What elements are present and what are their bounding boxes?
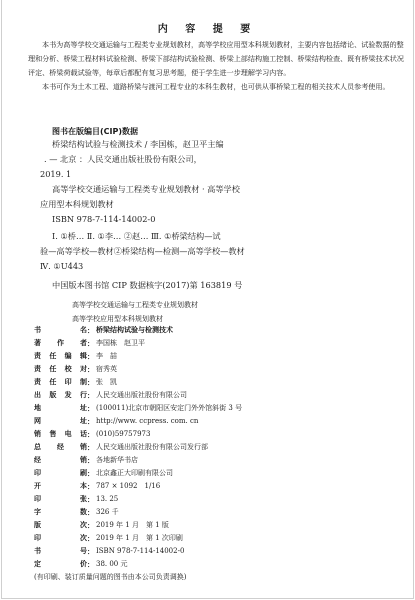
label-char: 销 [80,454,87,467]
colophon-label: 著作者 [34,337,87,350]
label-colon: ： [87,389,94,402]
colophon-label: 字数 [34,506,87,519]
cip-line: Ⅳ. ①U443 [40,259,83,275]
colophon-value: 787 × 1092 1/16 [96,480,160,493]
label-colon: ： [87,532,94,545]
colophon-label: 出版发行 [34,389,87,402]
cip-line: Ⅰ. ①桥… Ⅱ. ①李… ②赵… Ⅲ. ①桥梁结构—试 [52,229,221,245]
colophon-row: 责任编辑：李 喆 [34,350,242,363]
label-char: 书 [34,324,41,337]
label-char: 任 [49,350,56,363]
label-char: 张 [80,493,87,506]
colophon-value: 38. 00 元 [96,558,128,571]
label-char: 话 [80,428,87,441]
label-char: 总 [34,441,41,454]
colophon-value: 北京鑫正大印刷有限公司 [96,467,173,480]
cip-heading: 图书在版编目(CIP)数据 [52,126,138,137]
colophon-value: 桥梁结构试验与检测技术 [96,324,173,337]
label-char: 校 [65,363,72,376]
label-char: 对 [80,363,87,376]
colophon-row: 定价：38. 00 元 [34,558,242,571]
label-colon: ： [87,493,94,506]
label-colon: ： [87,415,94,428]
label-char: 址 [80,402,87,415]
colophon-row: 责任校对：宿秀英 [34,363,242,376]
colophon-row: 销售电话：(010)59757973 [34,428,242,441]
colophon-value: 2019 年 1 月 第 1 次印刷 [96,532,183,545]
colophon-label: 开本 [34,480,87,493]
cip-line: . — 北京 ：人民交通出版社股份有限公司， [44,152,202,168]
colophon-label: 书号 [34,545,87,558]
colophon-value: 李 喆 [96,350,117,363]
label-colon: ： [87,454,94,467]
colophon-label: 定价 [34,558,87,571]
label-char: 著 [34,337,41,350]
label-char: 责 [34,350,41,363]
colophon-label: 销售电话 [34,428,87,441]
label-char: 地 [34,402,41,415]
colophon-value: 人民交通出版社股份有限公司 [96,389,187,402]
colophon-label: 经销 [34,454,87,467]
label-colon: ： [87,506,94,519]
colophon-value: 人民交通出版社股份有限公司发行部 [96,441,208,454]
label-char: 责 [34,363,41,376]
colophon-row: 地址：(100011)北京市朝阳区安定门外外馆斜街 3 号 [34,402,242,415]
colophon-label: 地址 [34,402,87,415]
label-char: 出 [34,389,41,402]
label-char: 经 [57,441,64,454]
label-char: 印 [34,493,41,506]
colophon-label: 责任编辑 [34,350,87,363]
cip-record-number: 中国版本图书馆 CIP 数据核字(2017)第 163819 号 [52,278,242,294]
label-char: 印 [34,532,41,545]
colophon-row: 书名：桥梁结构试验与检测技术 [34,324,242,337]
colophon-label: 印张 [34,493,87,506]
label-char: 作 [57,337,64,350]
label-colon: ： [87,337,94,350]
label-char: 定 [34,558,41,571]
label-char: 发 [65,389,72,402]
label-char: 者 [80,337,87,350]
cip-line: 2019. 1 [40,167,71,183]
label-char: 版 [34,519,41,532]
label-colon: ： [87,480,94,493]
label-char: 销 [34,428,41,441]
colophon-label: 印次 [34,532,87,545]
label-char: 经 [34,454,41,467]
label-char: 责 [34,376,41,389]
label-char: 号 [80,545,87,558]
cip-line: 验—高等学校—教材②桥梁结构—检测—高等学校—教材 [40,244,245,260]
colophon-value: 各地新华书店 [96,454,138,467]
colophon-row: 印次：2019 年 1 月 第 1 次印刷 [34,532,242,545]
label-char: 名 [80,324,87,337]
label-char: 辑 [80,350,87,363]
label-colon: ： [87,558,94,571]
label-char: 制 [80,376,87,389]
series-name: 高等学校应用型本科规划教材 [72,314,163,324]
label-char: 本 [80,480,87,493]
colophon-row: 印张：13. 25 [34,493,242,506]
label-char: 销 [80,441,87,454]
label-colon: ： [87,402,94,415]
colophon-row: 开本：787 × 1092 1/16 [34,480,242,493]
label-char: 址 [80,415,87,428]
label-char: 次 [80,519,87,532]
label-char: 次 [80,532,87,545]
colophon-value: 13. 25 [96,493,118,506]
colophon-row: 总经销：人民交通出版社股份有限公司发行部 [34,441,242,454]
summary-title: 内 容 提 要 [0,20,415,35]
summary-paragraph-1: 本书为高等学校交通运输与工程类专业规划教材，高等学校应用型本科规划教材，主要内容… [28,38,408,80]
cip-line: 高等学校交通运输与工程类专业规划教材 · 高等学校 [52,182,240,198]
cip-line: 应用型本科规划教材 [40,197,114,213]
colophon-value: 张 凯 [96,376,117,389]
colophon-row: 印刷：北京鑫正大印刷有限公司 [34,467,242,480]
label-char: 刷 [80,467,87,480]
label-colon: ： [87,519,94,532]
label-colon: ： [87,467,94,480]
label-char: 行 [80,389,87,402]
colophon-value: http://www. ccpress. com. cn [96,415,198,428]
label-char: 开 [34,480,41,493]
summary-paragraph-2: 本书可作为土木工程、道路桥梁与渡河工程专业的本科生教材，也可供从事桥梁工程的相关… [28,80,408,94]
cip-line: 桥梁结构试验与检测技术 / 李国栋，赵卫平主编 [52,137,224,153]
label-char: 网 [34,415,41,428]
label-colon: ： [87,441,94,454]
label-char: 电 [65,428,72,441]
label-char: 任 [49,363,56,376]
colophon-row: 经销：各地新华书店 [34,454,242,467]
label-char: 字 [34,506,41,519]
label-char: 书 [34,545,41,558]
colophon-label: 责任校对 [34,363,87,376]
colophon-row: 书号：ISBN 978-7-114-14002-0 [34,545,242,558]
label-char: 版 [49,389,56,402]
colophon-label: 书名 [34,324,87,337]
label-char: 价 [80,558,87,571]
colophon-footnote: (有印刷、装订质量问题的图书由本公司负责调换) [34,572,186,582]
label-char: 数 [80,506,87,519]
colophon-value: 2019 年 1 月 第 1 版 [96,519,169,532]
label-colon: ： [87,545,94,558]
label-colon: ： [87,324,94,337]
colophon-label: 网址 [34,415,87,428]
label-char: 编 [65,350,72,363]
colophon-value: (100011)北京市朝阳区安定门外外馆斜街 3 号 [96,402,242,415]
colophon-value: ISBN 978-7-114-14002-0 [96,545,184,558]
colophon-value: 宿秀英 [96,363,117,376]
colophon-table: 书名：桥梁结构试验与检测技术著作者：李国栋 赵卫平责任编辑：李 喆责任校对：宿秀… [34,324,242,571]
label-colon: ： [87,428,94,441]
label-char: 印 [65,376,72,389]
colophon-value: 李国栋 赵卫平 [96,337,145,350]
label-char: 任 [49,376,56,389]
series-name: 高等学校交通运输与工程类专业规划教材 [72,300,198,310]
label-char: 印 [34,467,41,480]
label-colon: ： [87,376,94,389]
colophon-value: (010)59757973 [96,428,150,441]
colophon-label: 责任印制 [34,376,87,389]
label-colon: ： [87,350,94,363]
colophon-row: 著作者：李国栋 赵卫平 [34,337,242,350]
colophon-row: 字数：326 千 [34,506,242,519]
label-colon: ： [87,363,94,376]
colophon-row: 网址：http://www. ccpress. com. cn [34,415,242,428]
colophon-label: 印刷 [34,467,87,480]
colophon-label: 总经销 [34,441,87,454]
isbn-line: ISBN 978-7-114-14002-0 [52,212,155,228]
colophon-row: 责任印制：张 凯 [34,376,242,389]
colophon-value: 326 千 [96,506,119,519]
colophon-row: 出版发行：人民交通出版社股份有限公司 [34,389,242,402]
colophon-label: 版次 [34,519,87,532]
label-char: 售 [49,428,56,441]
colophon-row: 版次：2019 年 1 月 第 1 版 [34,519,242,532]
